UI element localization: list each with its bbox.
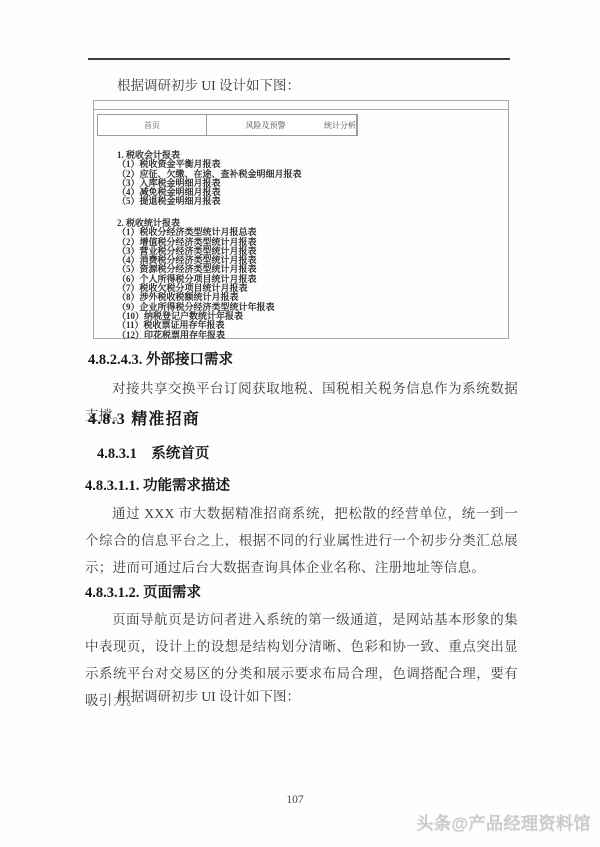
heading-page-requirement: 4.8.3.1.2. 页面需求 bbox=[85, 581, 201, 602]
paragraph-functional-desc: 通过 XXX 市大数据精准招商系统，把松散的经营单位，统一到一个综合的信息平台之… bbox=[85, 500, 518, 581]
heading-external-interface: 4.8.2.4.3. 外部接口需求 bbox=[88, 348, 233, 369]
report-items: （1）税收分经济类型统计月报总表 （2）增值税分经济类型统计月报表 （3）营业税… bbox=[117, 228, 275, 340]
heading-functional-desc: 4.8.3.1.1. 功能需求描述 bbox=[85, 474, 230, 495]
intro-line-bottom: 根据调研初步 UI 设计如下图： bbox=[117, 685, 300, 705]
heading-system-home: 4.8.3.1 系统首页 bbox=[97, 442, 209, 463]
document-page: 根据调研初步 UI 设计如下图： 首页 风险及预警 统计分析 1. 税收会计报表… bbox=[0, 0, 600, 847]
mockup-titlebar bbox=[94, 101, 508, 110]
mockup-tab[interactable]: 风险及预警 bbox=[207, 115, 324, 135]
report-item: （5）提退税金明细月报表 bbox=[117, 197, 302, 206]
mockup-tab[interactable]: 统计分析 bbox=[324, 115, 357, 135]
report-item: （12）印花税票用存年报表 bbox=[117, 331, 275, 340]
watermark: 头条@产品经理资料馆 bbox=[416, 809, 591, 834]
tax-accounting-report-list: 1. 税收会计报表 （1）税收资金平衡月报表 （2）应征、欠缴、在途、查补税金明… bbox=[117, 151, 302, 207]
mockup-tab-bar: 首页 风险及预警 统计分析 bbox=[97, 114, 358, 136]
page-number: 107 bbox=[0, 794, 590, 806]
tax-statistics-report-list: 2. 税收统计报表 （1）税收分经济类型统计月报总表 （2）增值税分经济类型统计… bbox=[117, 219, 275, 340]
heading-precise-investment: 4.8.3 精准招商 bbox=[88, 406, 200, 429]
intro-line-top: 根据调研初步 UI 设计如下图： bbox=[117, 74, 300, 94]
mockup-tab[interactable]: 首页 bbox=[98, 115, 207, 135]
ui-mockup-figure: 首页 风险及预警 统计分析 1. 税收会计报表 （1）税收资金平衡月报表 （2）… bbox=[93, 100, 509, 339]
header-rule bbox=[88, 58, 510, 60]
report-items: （1）税收资金平衡月报表 （2）应征、欠缴、在途、查补税金明细月报表 （3）入库… bbox=[117, 160, 302, 206]
